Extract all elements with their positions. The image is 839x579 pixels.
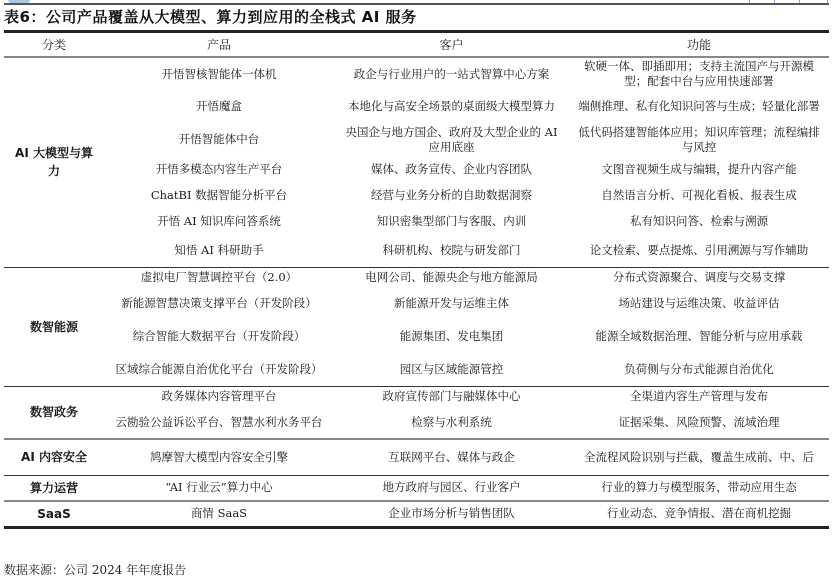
function-cell: 分布式资源聚合、调度与交易支撑 [569, 267, 829, 287]
product-cell: 开悟 AI 知识库问答系统 [104, 208, 334, 234]
product-cell: 政务媒体内容管理平台 [104, 386, 334, 406]
product-cell: 综合智能大数据平台（开发阶段） [104, 320, 334, 353]
table-row: ChatBI 数据智能分析平台 经营与业务分析的自助数据洞察 自然语言分析、可视… [4, 182, 829, 208]
table-row: AI 内容安全 鸠摩智大模型内容安全引擎 互联网平台、媒体与政企 全流程风险识别… [4, 439, 829, 475]
category-cell: SaaS [4, 501, 104, 527]
table-row: 新能源智慧决策支撑平台（开发阶段） 新能源开发与运维主体 场站建设与运维决策、收… [4, 287, 829, 320]
function-cell: 文图音视频生成与编辑，提升内容产能 [569, 156, 829, 182]
table-title: 表6：公司产品覆盖从大模型、算力到应用的全栈式 AI 服务 [4, 6, 417, 28]
table-row: 数智能源 虚拟电厂智慧调控平台（2.0） 电网公司、能源央企与地方能源局 分布式… [4, 267, 829, 287]
header-category: 分类 [4, 32, 104, 58]
product-cell: ChatBI 数据智能分析平台 [104, 182, 334, 208]
product-cell: 虚拟电厂智慧调控平台（2.0） [104, 267, 334, 287]
function-cell: 自然语言分析、可视化看板、报表生成 [569, 182, 829, 208]
table-row: 综合智能大数据平台（开发阶段） 能源集团、发电集团 能源全域数据治理、智能分析与… [4, 320, 829, 353]
customer-cell: 检察与水利系统 [334, 406, 569, 439]
customer-cell: 科研机构、校院与研发部门 [334, 234, 569, 267]
function-cell: 低代码搭建智能体应用；知识库管理；流程编排与风控 [569, 123, 829, 156]
table-row: 算力运营 “AI 行业云”算力中心 地方政府与园区、行业客户 行业的算力与模型服… [4, 475, 829, 501]
table-row: AI 大模型与算力 开悟智核智能体一体机 政企与行业用户的一站式智算中心方案 软… [4, 57, 829, 90]
function-cell: 全渠道内容生产管理与发布 [569, 386, 829, 406]
function-cell: 场站建设与运维决策、收益评估 [569, 287, 829, 320]
table-header-row: 分类 产品 客户 功能 [4, 32, 829, 58]
product-cell: 开悟智能体中台 [104, 123, 334, 156]
customer-cell: 能源集团、发电集团 [334, 320, 569, 353]
function-cell: 私有知识问答、检索与溯源 [569, 208, 829, 234]
product-cell: 商情 SaaS [104, 501, 334, 527]
product-table: 分类 产品 客户 功能 AI 大模型与算力 开悟智核智能体一体机 政企与行业用户… [4, 30, 829, 529]
table-row: 云勘验公益诉讼平台、智慧水利水务平台 检察与水利系统 证据采集、风险预警、流域治… [4, 406, 829, 439]
customer-cell: 企业市场分析与销售团队 [334, 501, 569, 527]
product-cell: 新能源智慧决策支撑平台（开发阶段） [104, 287, 334, 320]
function-cell: 全流程风险识别与拦截，覆盖生成前、中、后 [569, 439, 829, 475]
product-cell: “AI 行业云”算力中心 [104, 475, 334, 501]
table-row: SaaS 商情 SaaS 企业市场分析与销售团队 行业动态、竞争情报、潜在商机挖… [4, 501, 829, 527]
product-cell: 开悟魔盒 [104, 90, 334, 123]
function-cell: 端侧推理、私有化知识问答与生成；轻量化部署 [569, 90, 829, 123]
customer-cell: 新能源开发与运维主体 [334, 287, 569, 320]
category-cell: AI 大模型与算力 [4, 57, 104, 267]
top-divider [4, 3, 829, 5]
customer-cell: 媒体、政务宣传、企业内容团队 [334, 156, 569, 182]
product-cell: 知悟 AI 科研助手 [104, 234, 334, 267]
customer-cell: 地方政府与园区、行业客户 [334, 475, 569, 501]
table-row: 开悟魔盒 本地化与高安全场景的桌面级大模型算力 端侧推理、私有化知识问答与生成；… [4, 90, 829, 123]
product-cell: 鸠摩智大模型内容安全引擎 [104, 439, 334, 475]
header-customer: 客户 [334, 32, 569, 58]
product-cell: 开悟多模态内容生产平台 [104, 156, 334, 182]
table-row: 开悟智能体中台 央国企与地方国企、政府及大型企业的 AI 应用底座 低代码搭建智… [4, 123, 829, 156]
table-row: 开悟 AI 知识库问答系统 知识密集型部门与客服、内训 私有知识问答、检索与溯源 [4, 208, 829, 234]
category-cell: 算力运营 [4, 475, 104, 501]
data-source-note: 数据来源：公司 2024 年年度报告 [4, 561, 186, 578]
table-row: 开悟多模态内容生产平台 媒体、政务宣传、企业内容团队 文图音视频生成与编辑，提升… [4, 156, 829, 182]
header-function: 功能 [569, 32, 829, 58]
function-cell: 行业动态、竞争情报、潜在商机挖掘 [569, 501, 829, 527]
customer-cell: 电网公司、能源央企与地方能源局 [334, 267, 569, 287]
function-cell: 论文检索、要点提炼、引用溯源与写作辅助 [569, 234, 829, 267]
customer-cell: 政企与行业用户的一站式智算中心方案 [334, 57, 569, 90]
category-cell: AI 内容安全 [4, 439, 104, 475]
table-row: 知悟 AI 科研助手 科研机构、校院与研发部门 论文检索、要点提炼、引用溯源与写… [4, 234, 829, 267]
product-cell: 区域综合能源自治优化平台（开发阶段） [104, 353, 334, 386]
customer-cell: 知识密集型部门与客服、内训 [334, 208, 569, 234]
function-cell: 证据采集、风险预警、流域治理 [569, 406, 829, 439]
category-cell: 数智能源 [4, 267, 104, 386]
customer-cell: 园区与区域能源管控 [334, 353, 569, 386]
category-cell: 数智政务 [4, 386, 104, 439]
customer-cell: 经营与业务分析的自助数据洞察 [334, 182, 569, 208]
table-row: 区域综合能源自治优化平台（开发阶段） 园区与区域能源管控 负荷侧与分布式能源自治… [4, 353, 829, 386]
customer-cell: 互联网平台、媒体与政企 [334, 439, 569, 475]
customer-cell: 央国企与地方国企、政府及大型企业的 AI 应用底座 [334, 123, 569, 156]
table-row: 数智政务 政务媒体内容管理平台 政府宣传部门与融媒体中心 全渠道内容生产管理与发… [4, 386, 829, 406]
function-cell: 负荷侧与分布式能源自治优化 [569, 353, 829, 386]
product-cell: 云勘验公益诉讼平台、智慧水利水务平台 [104, 406, 334, 439]
header-product: 产品 [104, 32, 334, 58]
function-cell: 软硬一体、即插即用；支持主流国产与开源模型；配套中台与应用快速部署 [569, 57, 829, 90]
customer-cell: 政府宣传部门与融媒体中心 [334, 386, 569, 406]
customer-cell: 本地化与高安全场景的桌面级大模型算力 [334, 90, 569, 123]
product-cell: 开悟智核智能体一体机 [104, 57, 334, 90]
function-cell: 能源全域数据治理、智能分析与应用承载 [569, 320, 829, 353]
function-cell: 行业的算力与模型服务，带动应用生态 [569, 475, 829, 501]
product-table-container: 分类 产品 客户 功能 AI 大模型与算力 开悟智核智能体一体机 政企与行业用户… [4, 30, 829, 529]
